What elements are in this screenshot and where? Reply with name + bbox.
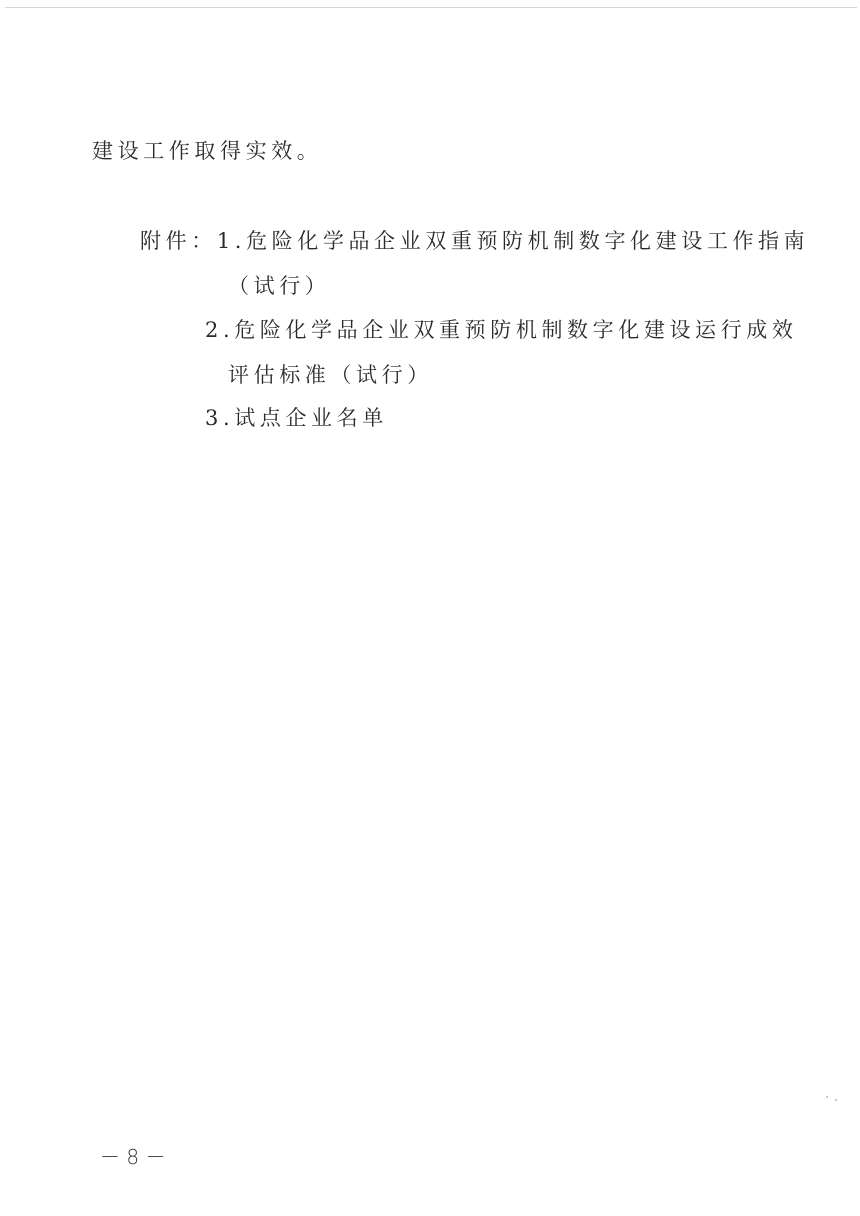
attachment-item-1-continued: （试行） [228, 276, 330, 297]
attachment-item-2-continued: 评估标准（试行） [228, 365, 433, 386]
attachment-number: 2. [205, 318, 234, 342]
attachment-item-1: 附件：1.危险化学品企业双重预防机制数字化建设工作指南 [140, 231, 809, 252]
attachment-title: 危险化学品企业双重预防机制数字化建设工作指南 [246, 229, 809, 253]
attachment-item-2: 2.危险化学品企业双重预防机制数字化建设运行成效 [205, 320, 797, 341]
attachment-title: 危险化学品企业双重预防机制数字化建设运行成效 [234, 318, 797, 342]
attachment-number: 1. [217, 229, 246, 253]
attachments-label: 附件： [140, 229, 217, 253]
attachment-item-3: 3.试点企业名单 [205, 408, 388, 429]
page-number: － 8 － [100, 1141, 165, 1170]
paragraph-closing-text: 建设工作取得实效。 [92, 141, 322, 162]
attachment-number: 3. [205, 406, 234, 430]
scan-noise-speck [826, 1096, 828, 1098]
scan-noise-speck [835, 1099, 837, 1101]
page-top-edge-line [5, 7, 857, 8]
attachment-title: 试点企业名单 [234, 406, 388, 430]
